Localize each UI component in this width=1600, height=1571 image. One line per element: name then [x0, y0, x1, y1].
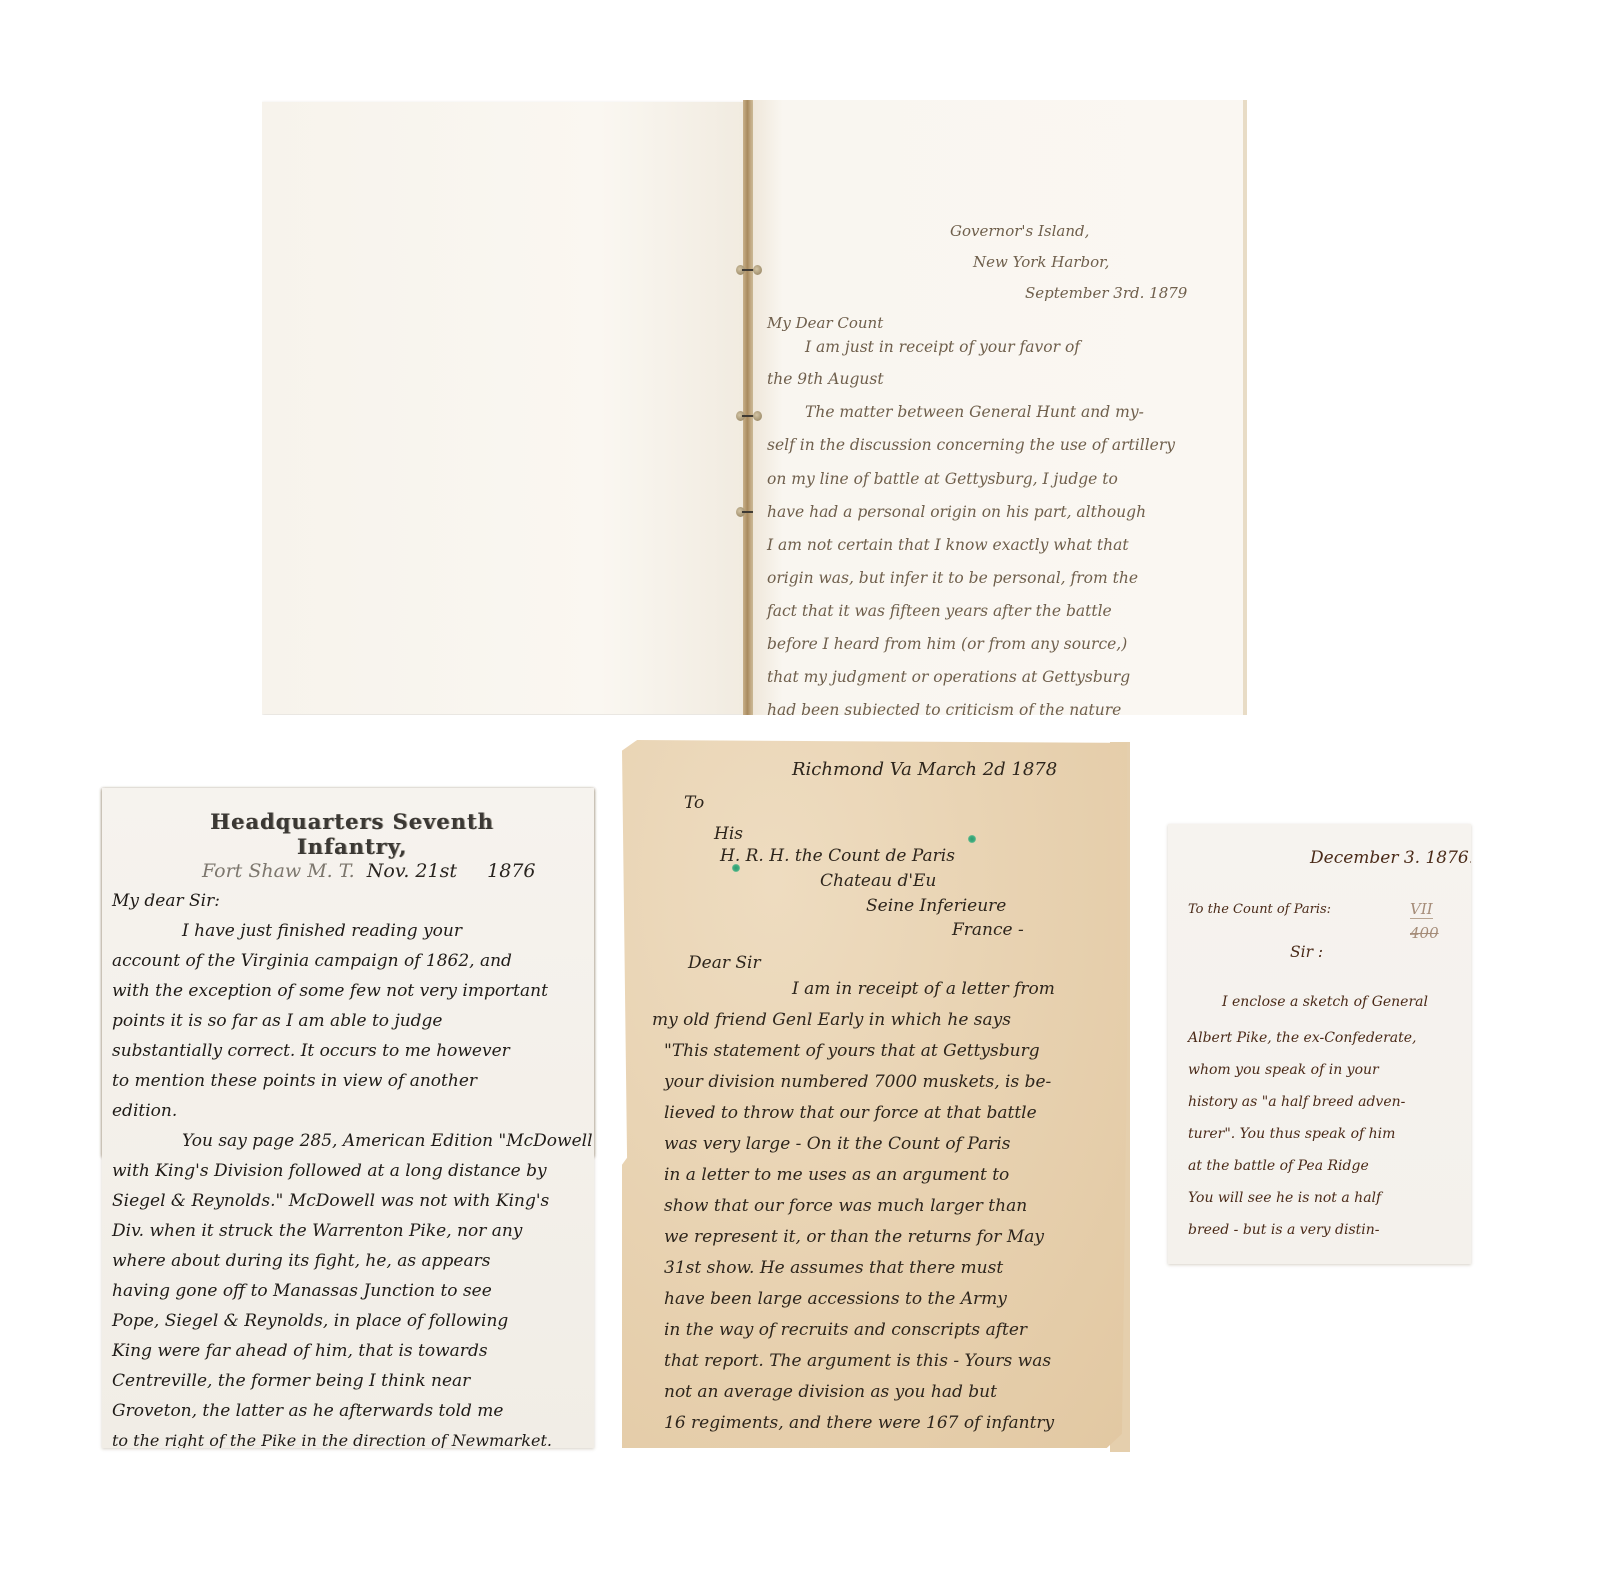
- letter-line: fact that it was fifteen years after the…: [767, 595, 1112, 629]
- pencil-note: VII: [1410, 900, 1433, 919]
- letter-line: 16 regiments, and there were 167 of infa…: [664, 1408, 1054, 1440]
- letter-line: substantially correct. It occurs to me h…: [112, 1036, 510, 1066]
- letter-line: points it is so far as I am able to judg…: [112, 1006, 443, 1036]
- salutation: My Dear Count: [767, 314, 883, 332]
- letter-line: had been subjected to criticism of the n…: [767, 694, 1121, 715]
- bound-letterbook: Governor's Island, New York Harbor, Sept…: [262, 100, 1247, 715]
- letter-line: I enclose a sketch of General: [1222, 986, 1428, 1019]
- letter-line: with the exception of some few not very …: [112, 976, 548, 1006]
- letter-line: the 9th August: [767, 363, 884, 397]
- letter-line: not an average division as you had but: [664, 1377, 997, 1409]
- letter-line: account of the Virginia campaign of 1862…: [112, 946, 512, 976]
- to-line: To the Count of Paris:: [1188, 894, 1331, 927]
- salutation: Sir :: [1290, 936, 1323, 969]
- letter-line: The matter between General Hunt and my-: [805, 396, 1144, 430]
- binding-rivet-icon: [736, 411, 762, 421]
- dateline: Fort Shaw M. T. Nov. 21st 1876: [202, 860, 536, 882]
- letter-line: turer". You thus speak of him: [1188, 1118, 1395, 1151]
- address-line: France -: [952, 915, 1024, 947]
- letter-line: to the right of the Pike in the directio…: [112, 1426, 552, 1448]
- salutation: My dear Sir:: [112, 886, 220, 916]
- richmond-letter: Richmond Va March 2d 1878 To His H. R. H…: [622, 740, 1127, 1448]
- address-line-2: New York Harbor,: [973, 253, 1109, 271]
- december-letter: December 3. 1876. To the Count of Paris:…: [1168, 824, 1471, 1264]
- notebook-spine: [743, 100, 753, 715]
- letter-line: on my line of battle at Gettysburg, I ju…: [767, 463, 1118, 497]
- letter-line: I am just in receipt of your favor of: [805, 331, 1080, 365]
- letter-line: whom you speak of in your: [1188, 1054, 1379, 1087]
- address-line-1: Governor's Island,: [950, 222, 1089, 240]
- letter-line: in a letter to me uses as an argument to: [664, 1160, 1009, 1192]
- letter-line: Albert Pike, the ex-Confederate,: [1188, 1022, 1416, 1055]
- letter-line: we represent it, or than the returns for…: [664, 1222, 1044, 1254]
- letter-line: King were far ahead of him, that is towa…: [112, 1336, 488, 1366]
- dateline-year: 1876: [487, 860, 535, 882]
- date: December 3. 1876.: [1310, 842, 1471, 875]
- letter-line: Pope, Siegel & Reynolds, in place of fol…: [112, 1306, 508, 1336]
- letter-line: 31st show. He assumes that there must: [664, 1253, 1003, 1285]
- letter-line: show that our force was much larger than: [664, 1191, 1027, 1223]
- letter-line: to mention these points in view of anoth…: [112, 1066, 477, 1096]
- address-date: September 3rd. 1879: [1025, 284, 1187, 302]
- dateline-date: Nov. 21st: [367, 860, 457, 882]
- letter-line: have been large accessions to the Army: [664, 1284, 1007, 1316]
- letter-line: Centreville, the former being I think ne…: [112, 1366, 470, 1396]
- letter-line: before I heard from him (or from any sou…: [767, 628, 1127, 662]
- letter-line: Div. when it struck the Warrenton Pike, …: [112, 1216, 522, 1246]
- letter-line: that my judgment or operations at Gettys…: [767, 661, 1130, 695]
- dateline-place: Fort Shaw M. T.: [202, 860, 355, 882]
- letter-line: your division numbered 7000 muskets, is …: [664, 1067, 1051, 1099]
- letter-line: with King's Division followed at a long …: [112, 1156, 547, 1186]
- letter-line: origin was, but infer it to be personal,…: [767, 562, 1138, 596]
- salutation: Dear Sir: [688, 948, 761, 980]
- hq-letter-page: Headquarters Seventh Infantry, Fort Shaw…: [102, 788, 594, 1448]
- letter-line: that report. The argument is this - Your…: [664, 1346, 1051, 1378]
- letter-line: at the battle of Pea Ridge: [1188, 1150, 1369, 1183]
- letter-line: my old friend Genl Early in which he say…: [652, 1005, 1011, 1037]
- dateline: Richmond Va March 2d 1878: [792, 754, 1057, 786]
- pencil-note: 400: [1410, 924, 1439, 942]
- letter-line: breed - but is a very distin-: [1188, 1214, 1380, 1247]
- binding-rivet-icon: [736, 265, 762, 275]
- letter-line: I am in receipt of a letter from: [792, 974, 1055, 1006]
- letter-line: where about during its fight, he, as app…: [112, 1246, 490, 1276]
- notebook-right-page: Governor's Island, New York Harbor, Sept…: [753, 100, 1247, 715]
- letter-line: Groveton, the latter as he afterwards to…: [112, 1396, 503, 1426]
- letter-line: "This statement of yours that at Gettysb…: [664, 1036, 1040, 1068]
- notebook-left-page-blank: [262, 102, 745, 714]
- letter-line: I have just finished reading your: [182, 916, 462, 946]
- green-stain-dot: [968, 835, 976, 843]
- letter-line: lieved to throw that our force at that b…: [664, 1098, 1037, 1130]
- letterhead: Headquarters Seventh Infantry,: [162, 809, 542, 859]
- letter-line: in the way of recruits and conscripts af…: [664, 1315, 1027, 1347]
- letter-line: You say page 285, American Edition "McDo…: [182, 1126, 593, 1156]
- letter-line: history as "a half breed adven-: [1188, 1086, 1405, 1119]
- to-label: To: [684, 788, 704, 820]
- letter-line: Siegel & Reynolds." McDowell was not wit…: [112, 1186, 549, 1216]
- letter-line: self in the discussion concerning the us…: [767, 429, 1175, 463]
- letter-line: having gone off to Manassas Junction to …: [112, 1276, 492, 1306]
- letter-line: edition.: [112, 1096, 177, 1126]
- letter-line: have had a personal origin on his part, …: [767, 496, 1146, 530]
- letter-line: I am not certain that I know exactly wha…: [767, 529, 1129, 563]
- letter-line: was very large - On it the Count of Pari…: [664, 1129, 1010, 1161]
- letter-line: You will see he is not a half: [1188, 1182, 1381, 1215]
